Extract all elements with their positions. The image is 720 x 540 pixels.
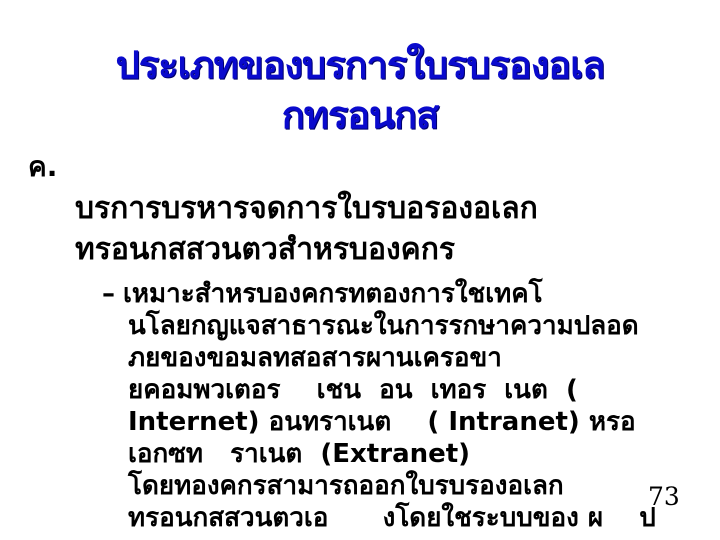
list-item-label: ค. bbox=[28, 150, 57, 184]
sub-bullet-line-6: เอกซท ราเนต (Extranet) bbox=[128, 438, 656, 470]
sub-bullet-block: –เหมาะสำหรบองคกรทตองการใชเทคโ นโลยกญแจสา… bbox=[128, 278, 656, 534]
body-paragraph-line-1: บรการบรหารจดการใบรบอรองอเลก bbox=[75, 188, 538, 229]
sub-bullet-line-2: นโลยกญแจสาธารณะในการรกษาความปลอด bbox=[128, 310, 656, 342]
sub-bullet-line-1: –เหมาะสำหรบองคกรทตองการใชเทคโ bbox=[102, 278, 656, 310]
sub-bullet-line-3: ภยของขอมลทสอสารผานเครอขา bbox=[128, 342, 656, 374]
page-number: 73 bbox=[648, 482, 680, 511]
sub-bullet-line-5: Internet) อนทราเนต ( Intranet) หรอ bbox=[128, 406, 656, 438]
slide-title: ประเภทของบรการใบรบรองอเล กทรอนกส bbox=[0, 40, 720, 140]
sub-bullet-line-8: ทรอนกสสวนตวเอ งโดยใชระบบของ ผ ป bbox=[128, 502, 656, 534]
body-paragraph-line-2: ทรอนกสสวนตวสำหรบองคกร bbox=[75, 229, 538, 270]
body-paragraph: บรการบรหารจดการใบรบอรองอเลก ทรอนกสสวนตวส… bbox=[75, 188, 538, 270]
sub-bullet-line-4: ยคอมพวเตอร เชน อน เทอร เนต ( bbox=[128, 374, 656, 406]
sub-bullet-line-7: โดยทองคกรสามารถออกใบรบรองอเลก bbox=[128, 470, 656, 502]
slide-title-line-1: ประเภทของบรการใบรบรองอเล bbox=[0, 40, 720, 90]
dash-bullet-marker: – bbox=[102, 278, 115, 310]
slide: ประเภทของบรการใบรบรองอเล กทรอนกส ค. บรกา… bbox=[0, 0, 720, 540]
sub-bullet-line-1-text: เหมาะสำหรบองคกรทตองการใชเทคโ bbox=[123, 279, 543, 309]
slide-title-line-2: กทรอนกส bbox=[0, 90, 720, 140]
